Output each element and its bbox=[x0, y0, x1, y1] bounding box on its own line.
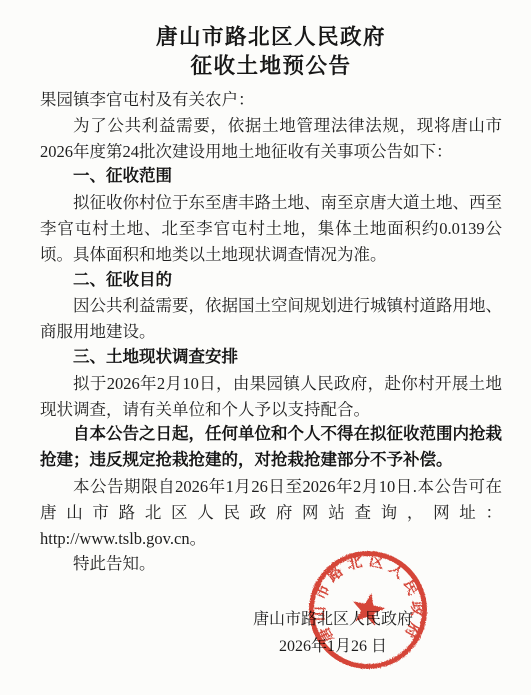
paragraph-survey: 拟于2026年2月10日，由果园镇人民政府，赴你村开展土地现状调查，请有关单位和… bbox=[40, 371, 502, 423]
page-title: 唐山市路北区人民政府 征收土地预公告 bbox=[40, 23, 502, 80]
seal-star bbox=[349, 589, 388, 627]
title-line-2: 征收土地预公告 bbox=[40, 52, 502, 81]
title-line-1: 唐山市路北区人民政府 bbox=[40, 23, 502, 52]
heading-expropriation-scope: 一、征收范围 bbox=[40, 164, 502, 190]
salutation: 果园镇李官屯村及有关农户： bbox=[40, 87, 502, 113]
paragraph-scope: 拟征收你村位于东至唐丰路土地、南至京唐大道土地、西至李官屯村土地、北至李官屯村土… bbox=[40, 190, 502, 267]
paragraph-notice-closing: 特此告知。 bbox=[40, 551, 502, 577]
official-seal: 唐山市路北区人民政府 bbox=[306, 548, 430, 672]
document-content: 唐山市路北区人民政府 征收土地预公告 果园镇李官屯村及有关农户： 为了公共利益需… bbox=[40, 23, 502, 660]
heading-survey-arrangement: 三、土地现状调查安排 bbox=[40, 345, 502, 371]
paragraph-intro: 为了公共利益需要，依据土地管理法律法规，现将唐山市2026年度第24批次建设用地… bbox=[40, 113, 502, 165]
paragraph-announcement-period: 本公告期限自2026年1月26日至2026年2月10日.本公告可在唐山市路北区人… bbox=[40, 474, 502, 551]
paragraph-purpose: 因公共利益需要，依据国土空间规划进行城镇村道路用地、商服用地建设。 bbox=[40, 293, 502, 345]
heading-expropriation-purpose: 二、征收目的 bbox=[40, 268, 502, 294]
paragraph-warning: 自本公告之日起，任何单位和个人不得在拟征收范围内抢栽抢建；违反规定抢栽抢建的，对… bbox=[40, 422, 502, 474]
announcement-page: 唐山市路北区人民政府 征收土地预公告 果园镇李官屯村及有关农户： 为了公共利益需… bbox=[0, 0, 531, 695]
